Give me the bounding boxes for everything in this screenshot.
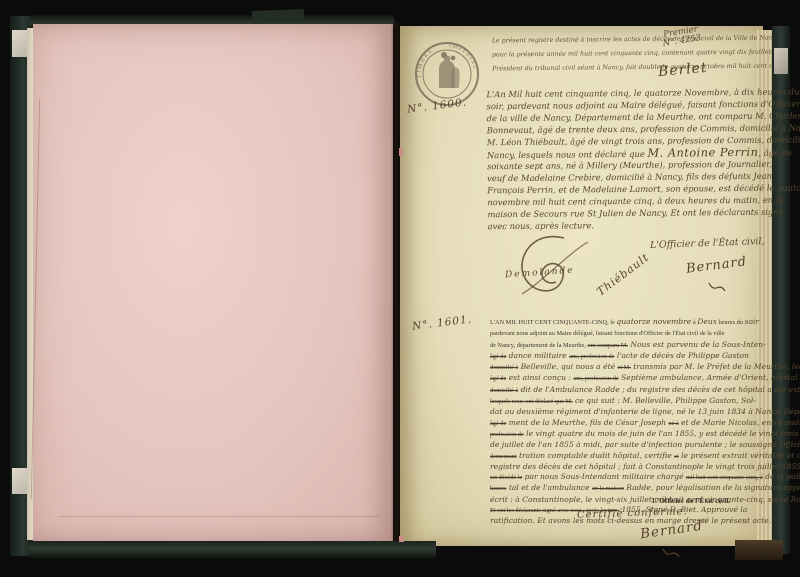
text-line: de Nancy, département de la Meurthe, ont… bbox=[490, 340, 766, 351]
cover-bottom-right-piece bbox=[735, 540, 783, 560]
text-line: âgé de ment de la Meurthe, fils de César… bbox=[490, 418, 766, 429]
text-line: de juillet de l'an 1855 à midi, par suit… bbox=[490, 440, 766, 450]
text-line: demeurant tration comptable dudit hôpita… bbox=[490, 451, 766, 462]
cover-top-ragged-piece bbox=[252, 9, 304, 23]
signature-paraph bbox=[660, 546, 682, 567]
page-crease bbox=[31, 99, 40, 499]
blank-left-page bbox=[33, 24, 393, 542]
cover-right-cap bbox=[774, 48, 788, 74]
registry-book-scan: Le présent registre destiné à inscrire l… bbox=[0, 0, 800, 577]
text-line: L'AN MIL HUIT CENT CINQUANTE-CINQ, le qu… bbox=[490, 317, 766, 328]
red-speck bbox=[399, 148, 403, 156]
text-line: avec nous, après lecture. bbox=[488, 219, 766, 233]
text-line: est décédé le par nous Sous-Intendant mi… bbox=[490, 472, 766, 483]
register-opening-inscription: Le présent registre destiné à inscrire l… bbox=[492, 32, 772, 77]
text-line: dat au deuxième régiment d'infanterie de… bbox=[490, 407, 766, 417]
text-line: domicilié à Belleville, qui nous a été e… bbox=[490, 362, 766, 373]
text-line: heures tal et de l'ambulance en la maiso… bbox=[490, 483, 766, 494]
cover-bottom-edge bbox=[28, 541, 436, 558]
text-line: profession de le vingt quatre du mois de… bbox=[490, 429, 766, 440]
text-line: âgé de est ainsi conçu : ans, profession… bbox=[490, 373, 766, 384]
death-act-1600-text: L'An Mil huit cent cinquante cinq, le qu… bbox=[486, 87, 765, 233]
text-line: registre des décès de cet hôpital ; fait… bbox=[490, 462, 766, 472]
text-line: domicilié à dit de l'Ambulance Radde ; d… bbox=[490, 385, 766, 396]
text-line: maison de Secours rue St Julien de Nancy… bbox=[487, 207, 765, 221]
red-speck bbox=[399, 536, 404, 542]
text-line: lesquels nous ont déclaré que M. ce qui … bbox=[490, 396, 766, 407]
officer-printed-title: L'Officier de l'État civil. bbox=[652, 496, 730, 505]
page-bottom-crease bbox=[59, 516, 379, 517]
signature-flourish bbox=[512, 232, 592, 307]
signature-paraph bbox=[706, 280, 728, 301]
text-line: Président du tribunal civil séant à Nanc… bbox=[492, 60, 772, 77]
text-line: âgé de dance militaire ans, profession d… bbox=[490, 351, 766, 362]
text-line: pardevant nous adjoint au Maire délégué,… bbox=[490, 328, 766, 339]
